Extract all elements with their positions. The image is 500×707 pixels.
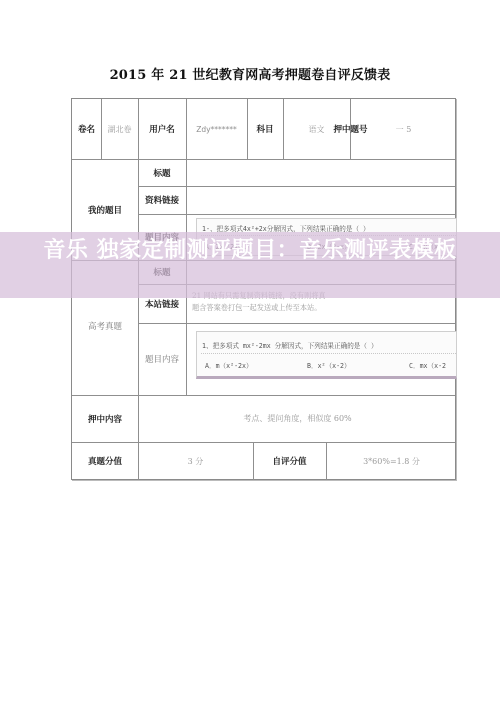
paper-name-label: 卷名: [72, 99, 101, 159]
username-value: Zdy*******: [186, 99, 247, 159]
subject-label: 科目: [247, 99, 283, 159]
username-label: 用户名: [138, 99, 186, 159]
exam-question-content-label: 题目内容: [138, 323, 186, 395]
exam-question-option-c: C．mx（x-2: [409, 360, 446, 370]
quiz-divider: [201, 353, 456, 354]
exam-question-text: 1、把多项式 mx²-2mx 分解因式，下列结果正确的是（ ）: [202, 340, 378, 350]
real-score-value: 3 分: [138, 442, 253, 480]
real-score-label: 真题分值: [72, 442, 138, 480]
my-question-link-value[interactable]: [186, 186, 457, 214]
my-question-title-label: 标题: [138, 159, 186, 186]
self-score-value: 3*60%=1.8 分: [326, 442, 457, 480]
document-title: 2015 年 21 世纪教育网高考押题卷自评反馈表: [0, 64, 500, 83]
exam-question-option-b: B．x²（x-2）: [307, 360, 351, 370]
my-question-title-value[interactable]: [186, 159, 457, 186]
my-question-link-label: 资料链接: [138, 186, 186, 214]
question-number-value: 一 5: [350, 99, 457, 159]
exam-question-option-a: A．m（x²-2x）: [205, 360, 253, 370]
self-score-label: 自评分值: [253, 442, 326, 480]
overlay-banner-text: 音乐 独家定制测评题目：音乐测评表模板: [0, 236, 500, 265]
paper-name-value: 湖北卷: [101, 99, 138, 159]
exam-question-content-image: 1、把多项式 mx²-2mx 分解因式，下列结果正确的是（ ） A．m（x²-2…: [196, 331, 457, 379]
hit-content-value: 考点、提问角度，相似度 60%: [138, 395, 457, 442]
hit-content-label: 押中内容: [72, 395, 138, 442]
